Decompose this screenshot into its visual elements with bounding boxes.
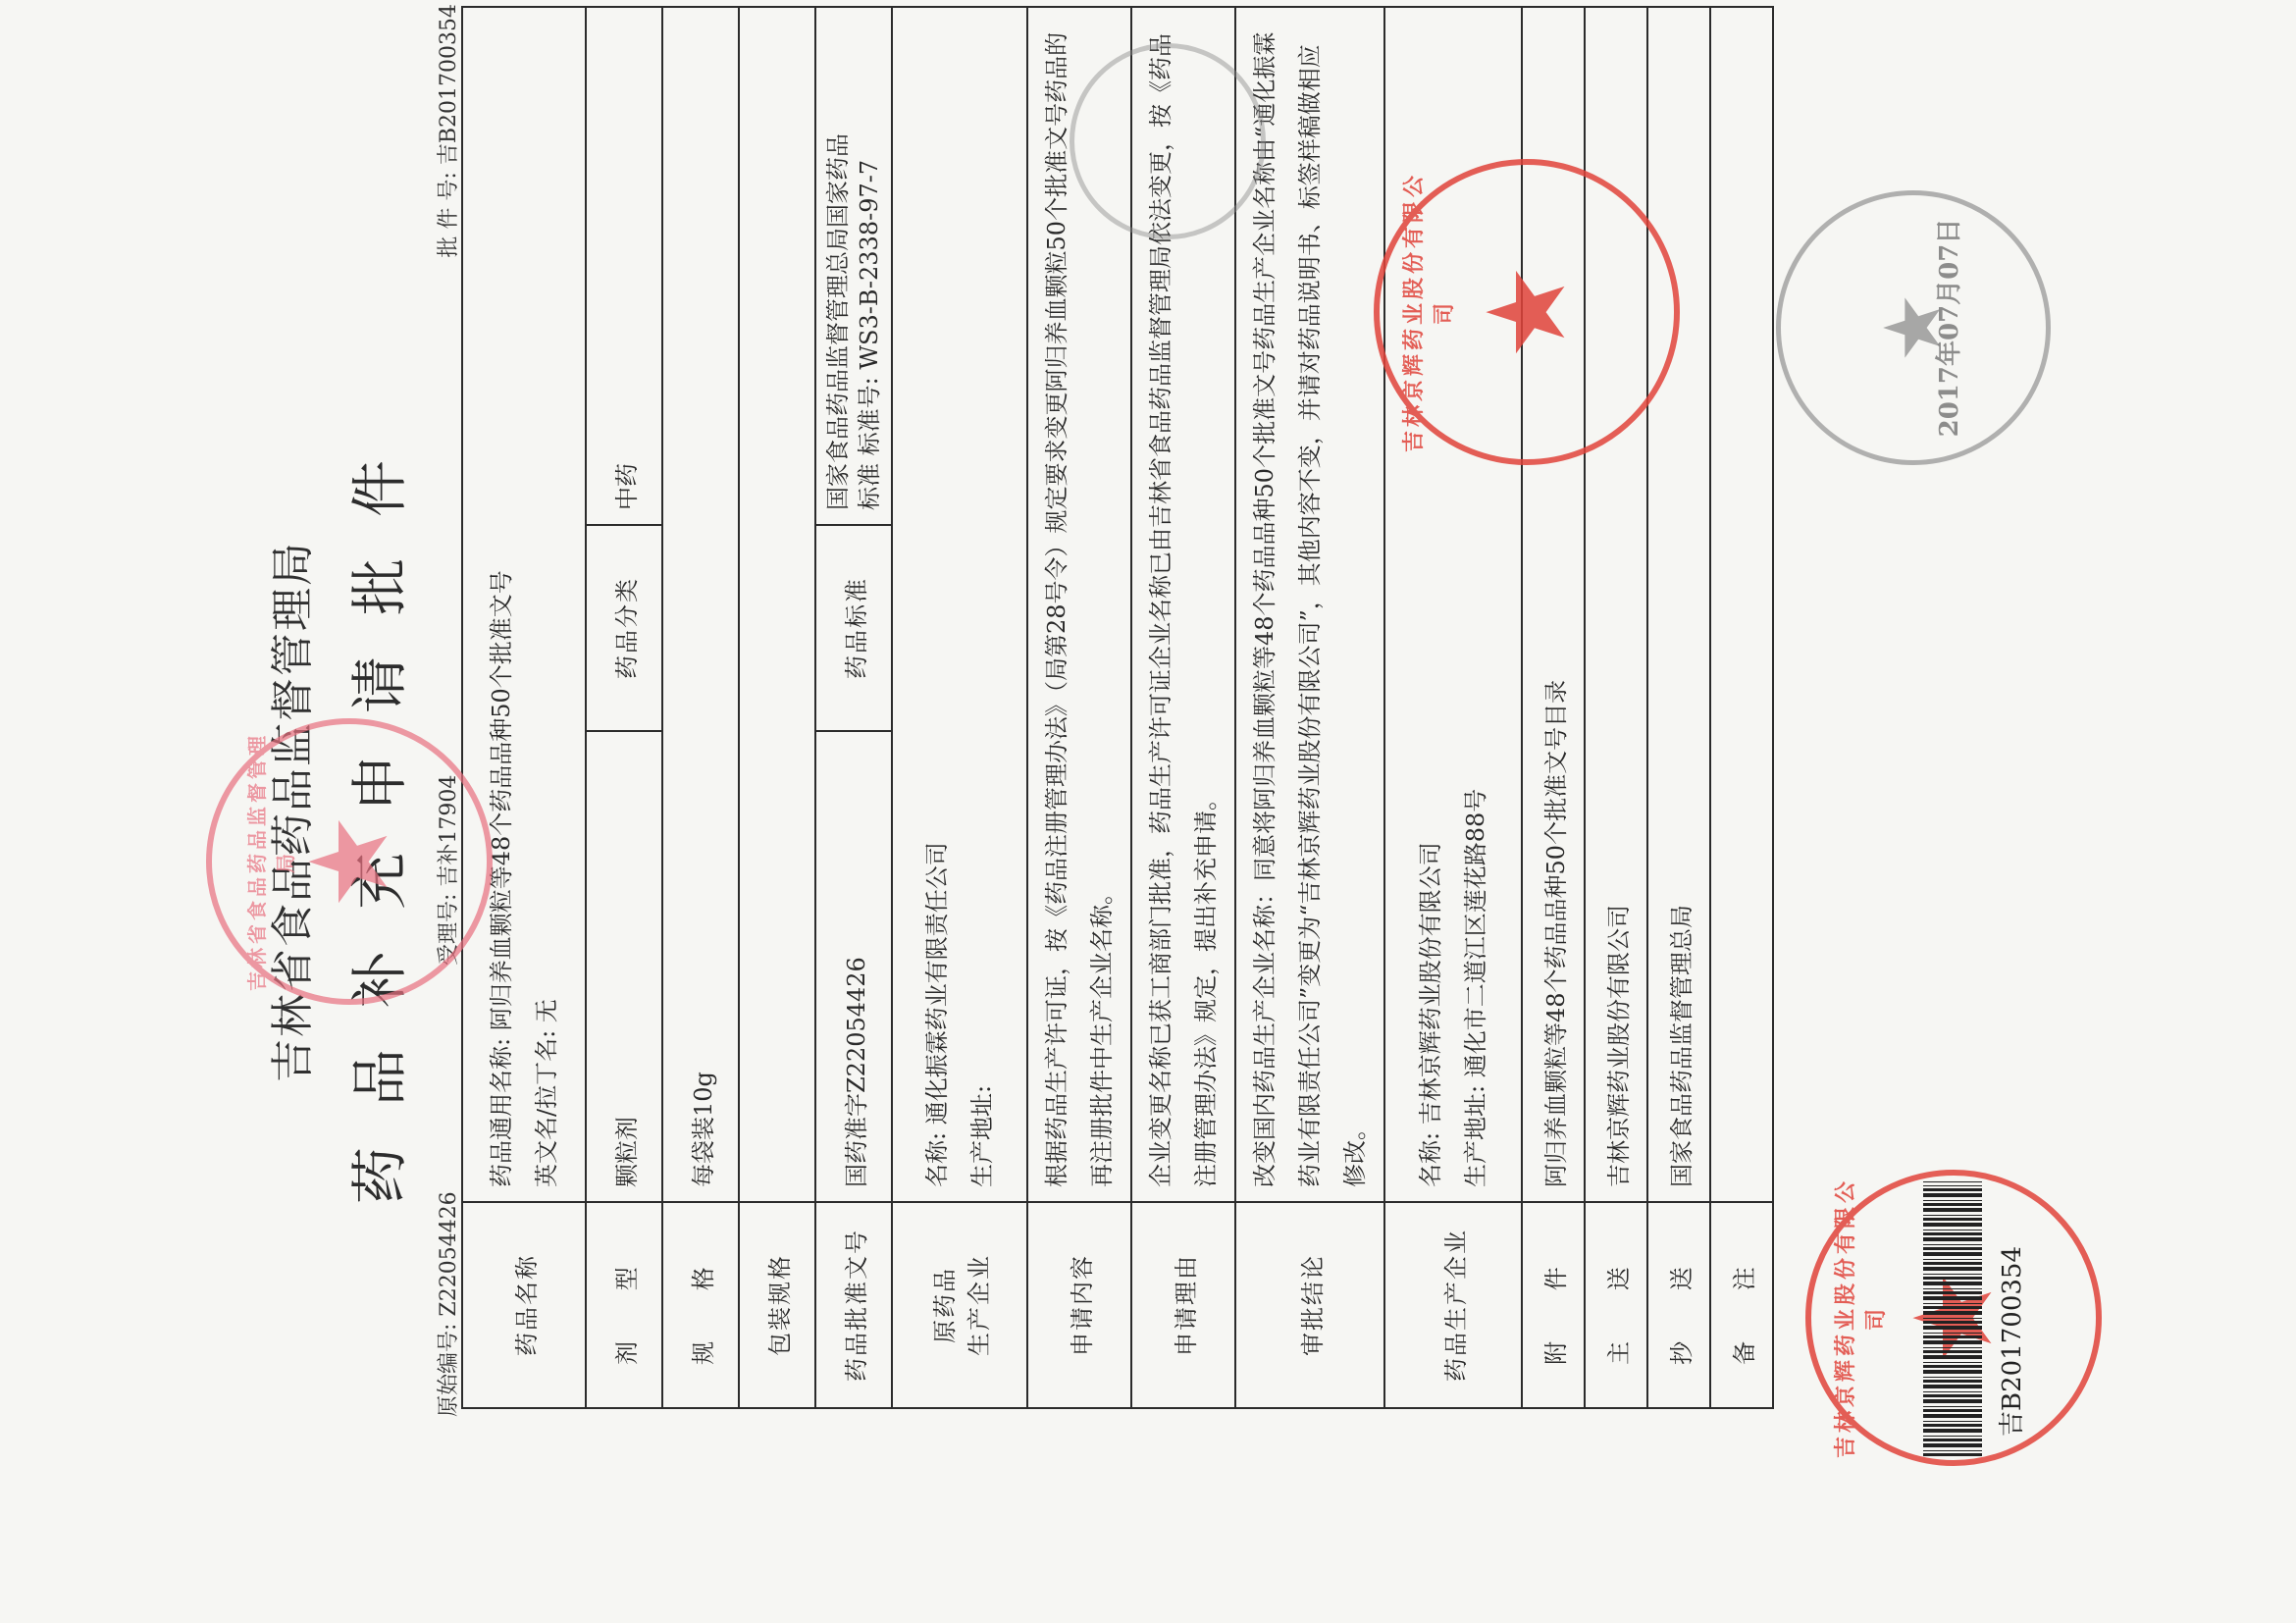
manufacturer-address: 通化市二道江区莲花路88号 (1462, 789, 1489, 1078)
specification-value: 每袋装10g (662, 7, 739, 1202)
row-attachment: 附 件 阿归养血颗粒等48个药品品种50个批准文号目录 (1522, 7, 1585, 1408)
row-packaging: 包装规格 (739, 7, 815, 1408)
dosage-form-value: 颗粒剂 (586, 731, 662, 1202)
original-manufacturer-name: 通化振霖药业有限责任公司 (923, 842, 951, 1125)
acceptance-number: 受理号: 吉补17904 (432, 775, 462, 966)
issuing-authority: 吉林省食品药品监督管理局 (257, 0, 320, 1623)
original-number: 原始编号: Z22054426 (432, 1191, 462, 1417)
approval-number-value: 国药准字Z22054426 (815, 731, 892, 1202)
row-application-content: 申请内容 根据药品生产许可证，按《药品注册管理办法》（局第28号令）规定要求变更… (1027, 7, 1131, 1408)
row-manufacturer: 药品生产企业 名称: 吉林京辉药业股份有限公司 生产地址: 通化市二道江区莲花路… (1384, 7, 1522, 1408)
row-approval-conclusion: 审批结论 改变国内药品生产企业名称：同意将阿归养血颗粒等48个药品品种50个批准… (1235, 7, 1384, 1408)
approval-document-page: 吉林省食品药品监督管理局 药品补充申请批件 原始编号: Z22054426 受理… (0, 0, 2296, 1623)
attachment-value: 阿归养血颗粒等48个药品品种50个批准文号目录 (1522, 7, 1585, 1202)
row-drug-name: 药品名称 药品通用名称: 阿归养血颗粒等48个药品品种50个批准文号 英文名/拉… (462, 7, 586, 1408)
standard-value: 国家食品药品监督管理总局国家药品 标准 标准号: WS3-B-2338-97-7 (815, 7, 892, 525)
main-recipient-value: 吉林京辉药业股份有限公司 (1585, 7, 1647, 1202)
row-main-recipient: 主 送 吉林京辉药业股份有限公司 (1585, 7, 1647, 1408)
bureau-date-seal: ★ 2017年07月07日 (1776, 190, 2051, 465)
remarks-value (1710, 7, 1773, 1202)
approval-conclusion-text: 改变国内药品生产企业名称：同意将阿归养血颗粒等48个药品品种50个批准文号药品生… (1235, 7, 1384, 1202)
english-latin-name: 无 (533, 999, 560, 1022)
application-content-text: 根据药品生产许可证，按《药品注册管理办法》（局第28号令）规定要求变更阿归养血颗… (1027, 7, 1131, 1202)
row-cc: 抄 送 国家食品药品监督管理总局 (1647, 7, 1710, 1408)
approval-document-number: 批 件 号: 吉B201700354 (432, 4, 462, 258)
generic-name: 阿归养血颗粒等48个药品品种50个批准文号 (488, 570, 515, 1030)
barcode-number: 吉B201700354 (1992, 1246, 2028, 1437)
row-dosage-form: 剂 型 颗粒剂 药品分类 中药 (586, 7, 662, 1408)
row-original-manufacturer: 原药品 生产企业 名称: 通化振霖药业有限责任公司 生产地址: (892, 7, 1027, 1408)
approval-form-table: 药品名称 药品通用名称: 阿归养血颗粒等48个药品品种50个批准文号 英文名/拉… (461, 6, 1774, 1409)
drug-name-values: 药品通用名称: 阿归养血颗粒等48个药品品种50个批准文号 英文名/拉丁名: 无 (462, 7, 586, 1202)
row-approval-number: 药品批准文号 国药准字Z22054426 药品标准 国家食品药品监督管理总局国家… (815, 7, 892, 1408)
manufacturer-name: 吉林京辉药业股份有限公司 (1417, 842, 1444, 1125)
row-specification: 规 格 每袋装10g (662, 7, 739, 1408)
star-icon: ★ (1874, 292, 1953, 363)
row-application-reason: 申请理由 企业变更名称已获工商部门批准，药品生产许可证企业名称已由吉林省食品药品… (1131, 7, 1235, 1408)
label-drug-name: 药品名称 (462, 1202, 586, 1408)
application-reason-text: 企业变更名称已获工商部门批准，药品生产许可证企业名称已由吉林省食品药品监督管理局… (1131, 7, 1235, 1202)
packaging-value (739, 7, 815, 1202)
barcode (1923, 1181, 1982, 1456)
seal-date: 2017年07月07日 (1929, 195, 1965, 460)
cc-value: 国家食品药品监督管理总局 (1647, 7, 1710, 1202)
category-value: 中药 (586, 7, 662, 525)
row-remarks: 备 注 (1710, 7, 1773, 1408)
document-title: 药品补充申请批件 (334, 0, 416, 1623)
